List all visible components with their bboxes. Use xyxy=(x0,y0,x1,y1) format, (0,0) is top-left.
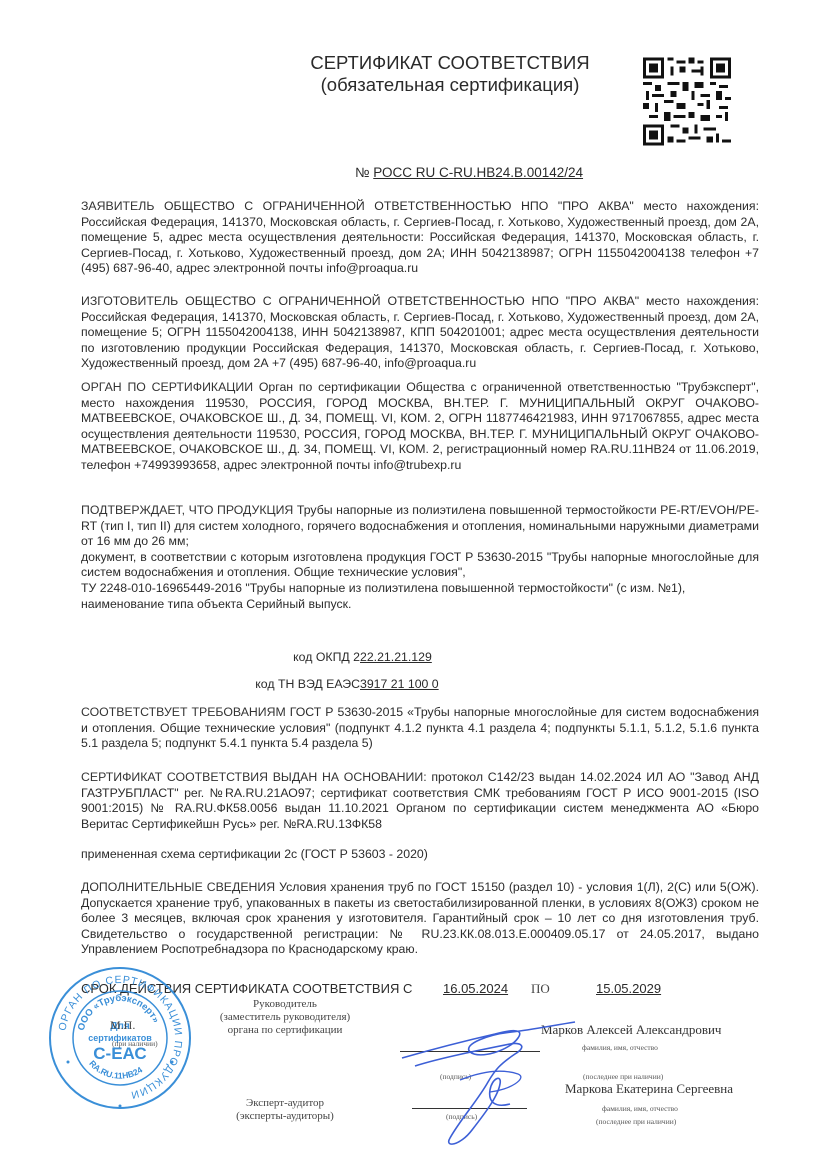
object-type: наименование типа объекта Серийный выпус… xyxy=(81,597,759,613)
document-subtitle: (обязательная сертификация) xyxy=(250,74,650,96)
head-role-line: органа по сертификации xyxy=(210,1024,360,1037)
number-prefix: № xyxy=(355,165,369,180)
section-heading: ЗАЯВИТЕЛЬ xyxy=(81,199,154,213)
qr-code-icon xyxy=(643,55,731,148)
valid-to-label: ПО xyxy=(531,981,550,997)
certification-body-stamp-icon: ОРГАН ПО СЕРТИФИКАЦИИ ПРОДУКЦИИ ООО «Тру… xyxy=(45,963,195,1113)
section-heading: ДОПОЛНИТЕЛЬНЫЕ СВЕДЕНИЯ xyxy=(81,880,275,894)
tnved-label: код ТН ВЭД ЕАЭС xyxy=(200,677,360,691)
section-complies: СООТВЕТСТВУЕТ ТРЕБОВАНИЯМ ГОСТ Р 53630-2… xyxy=(81,705,759,752)
expert-role-line: (эксперты-аудиторы) xyxy=(210,1110,360,1123)
certificate-page: СЕРТИФИКАТ СООТВЕТСТВИЯ (обязательная се… xyxy=(0,0,821,1155)
expert-fio-note: (последнее при наличии) xyxy=(596,1117,676,1126)
section-text: ОБЩЕСТВО С ОГРАНИЧЕННОЙ ОТВЕТСТВЕННОСТЬЮ… xyxy=(81,199,759,275)
document-title: СЕРТИФИКАТ СООТВЕТСТВИЯ xyxy=(250,52,650,74)
certificate-number: № РОСС RU С-RU.НВ24.В.00142/24 xyxy=(355,165,583,180)
valid-to-date: 15.05.2029 xyxy=(596,981,661,996)
section-heading: СООТВЕТСТВУЕТ ТРЕБОВАНИЯМ xyxy=(81,705,286,719)
technical-specification: ТУ 2248-010-16965449-2016 "Трубы напорны… xyxy=(81,581,759,597)
okpd-value: 22.21.21.129 xyxy=(360,650,432,664)
tnved-value: 3917 21 100 0 xyxy=(360,677,439,691)
handwritten-signature-icon xyxy=(400,1020,600,1155)
seal-label: М.П. xyxy=(110,1018,135,1033)
section-additional: ДОПОЛНИТЕЛЬНЫЕ СВЕДЕНИЯ Условия хранения… xyxy=(81,880,759,958)
expert-role-line: Эксперт-аудитор xyxy=(210,1097,360,1110)
section-basis: СЕРТИФИКАТ СООТВЕТСТВИЯ ВЫДАН НА ОСНОВАН… xyxy=(81,770,759,832)
section-certification-body: ОРГАН ПО СЕРТИФИКАЦИИ Орган по сертифика… xyxy=(81,380,759,474)
section-text: ОБЩЕСТВО С ОГРАНИЧЕННОЙ ОТВЕТСТВЕННОСТЬЮ… xyxy=(81,294,759,370)
standard-document: документ, в соответствии с которым изгот… xyxy=(81,550,759,581)
expert-fio-caption: фамилия, имя, отчество xyxy=(602,1104,678,1113)
seal-note: (при наличии) xyxy=(112,1039,158,1048)
head-role: Руководитель (заместитель руководителя) … xyxy=(210,998,360,1037)
document-header: СЕРТИФИКАТ СООТВЕТСТВИЯ (обязательная се… xyxy=(250,52,650,96)
section-confirms: ПОДТВЕРЖДАЕТ, ЧТО ПРОДУКЦИЯ Трубы напорн… xyxy=(81,503,759,612)
okpd-label: код ОКПД 2 xyxy=(200,650,360,664)
section-heading: ОРГАН ПО СЕРТИФИКАЦИИ xyxy=(81,380,253,394)
head-role-line: (заместитель руководителя) xyxy=(210,1011,360,1024)
head-role-line: Руководитель xyxy=(210,998,360,1011)
section-applicant: ЗАЯВИТЕЛЬ ОБЩЕСТВО С ОГРАНИЧЕННОЙ ОТВЕТС… xyxy=(81,199,759,277)
valid-from-date: 16.05.2024 xyxy=(443,981,508,996)
section-manufacturer: ИЗГОТОВИТЕЛЬ ОБЩЕСТВО С ОГРАНИЧЕННОЙ ОТВ… xyxy=(81,294,759,372)
expert-role: Эксперт-аудитор (эксперты-аудиторы) xyxy=(210,1097,360,1123)
section-heading: ПОДТВЕРЖДАЕТ, ЧТО ПРОДУКЦИЯ xyxy=(81,503,293,517)
section-heading: СЕРТИФИКАТ СООТВЕТСТВИЯ ВЫДАН НА ОСНОВАН… xyxy=(81,770,427,784)
section-scheme: примененная схема сертификации 2с (ГОСТ … xyxy=(81,847,759,863)
section-heading: ИЗГОТОВИТЕЛЬ xyxy=(81,294,178,308)
certification-scheme: примененная схема сертификации 2с (ГОСТ … xyxy=(81,847,428,861)
certificate-number-value: РОСС RU С-RU.НВ24.В.00142/24 xyxy=(373,165,583,180)
